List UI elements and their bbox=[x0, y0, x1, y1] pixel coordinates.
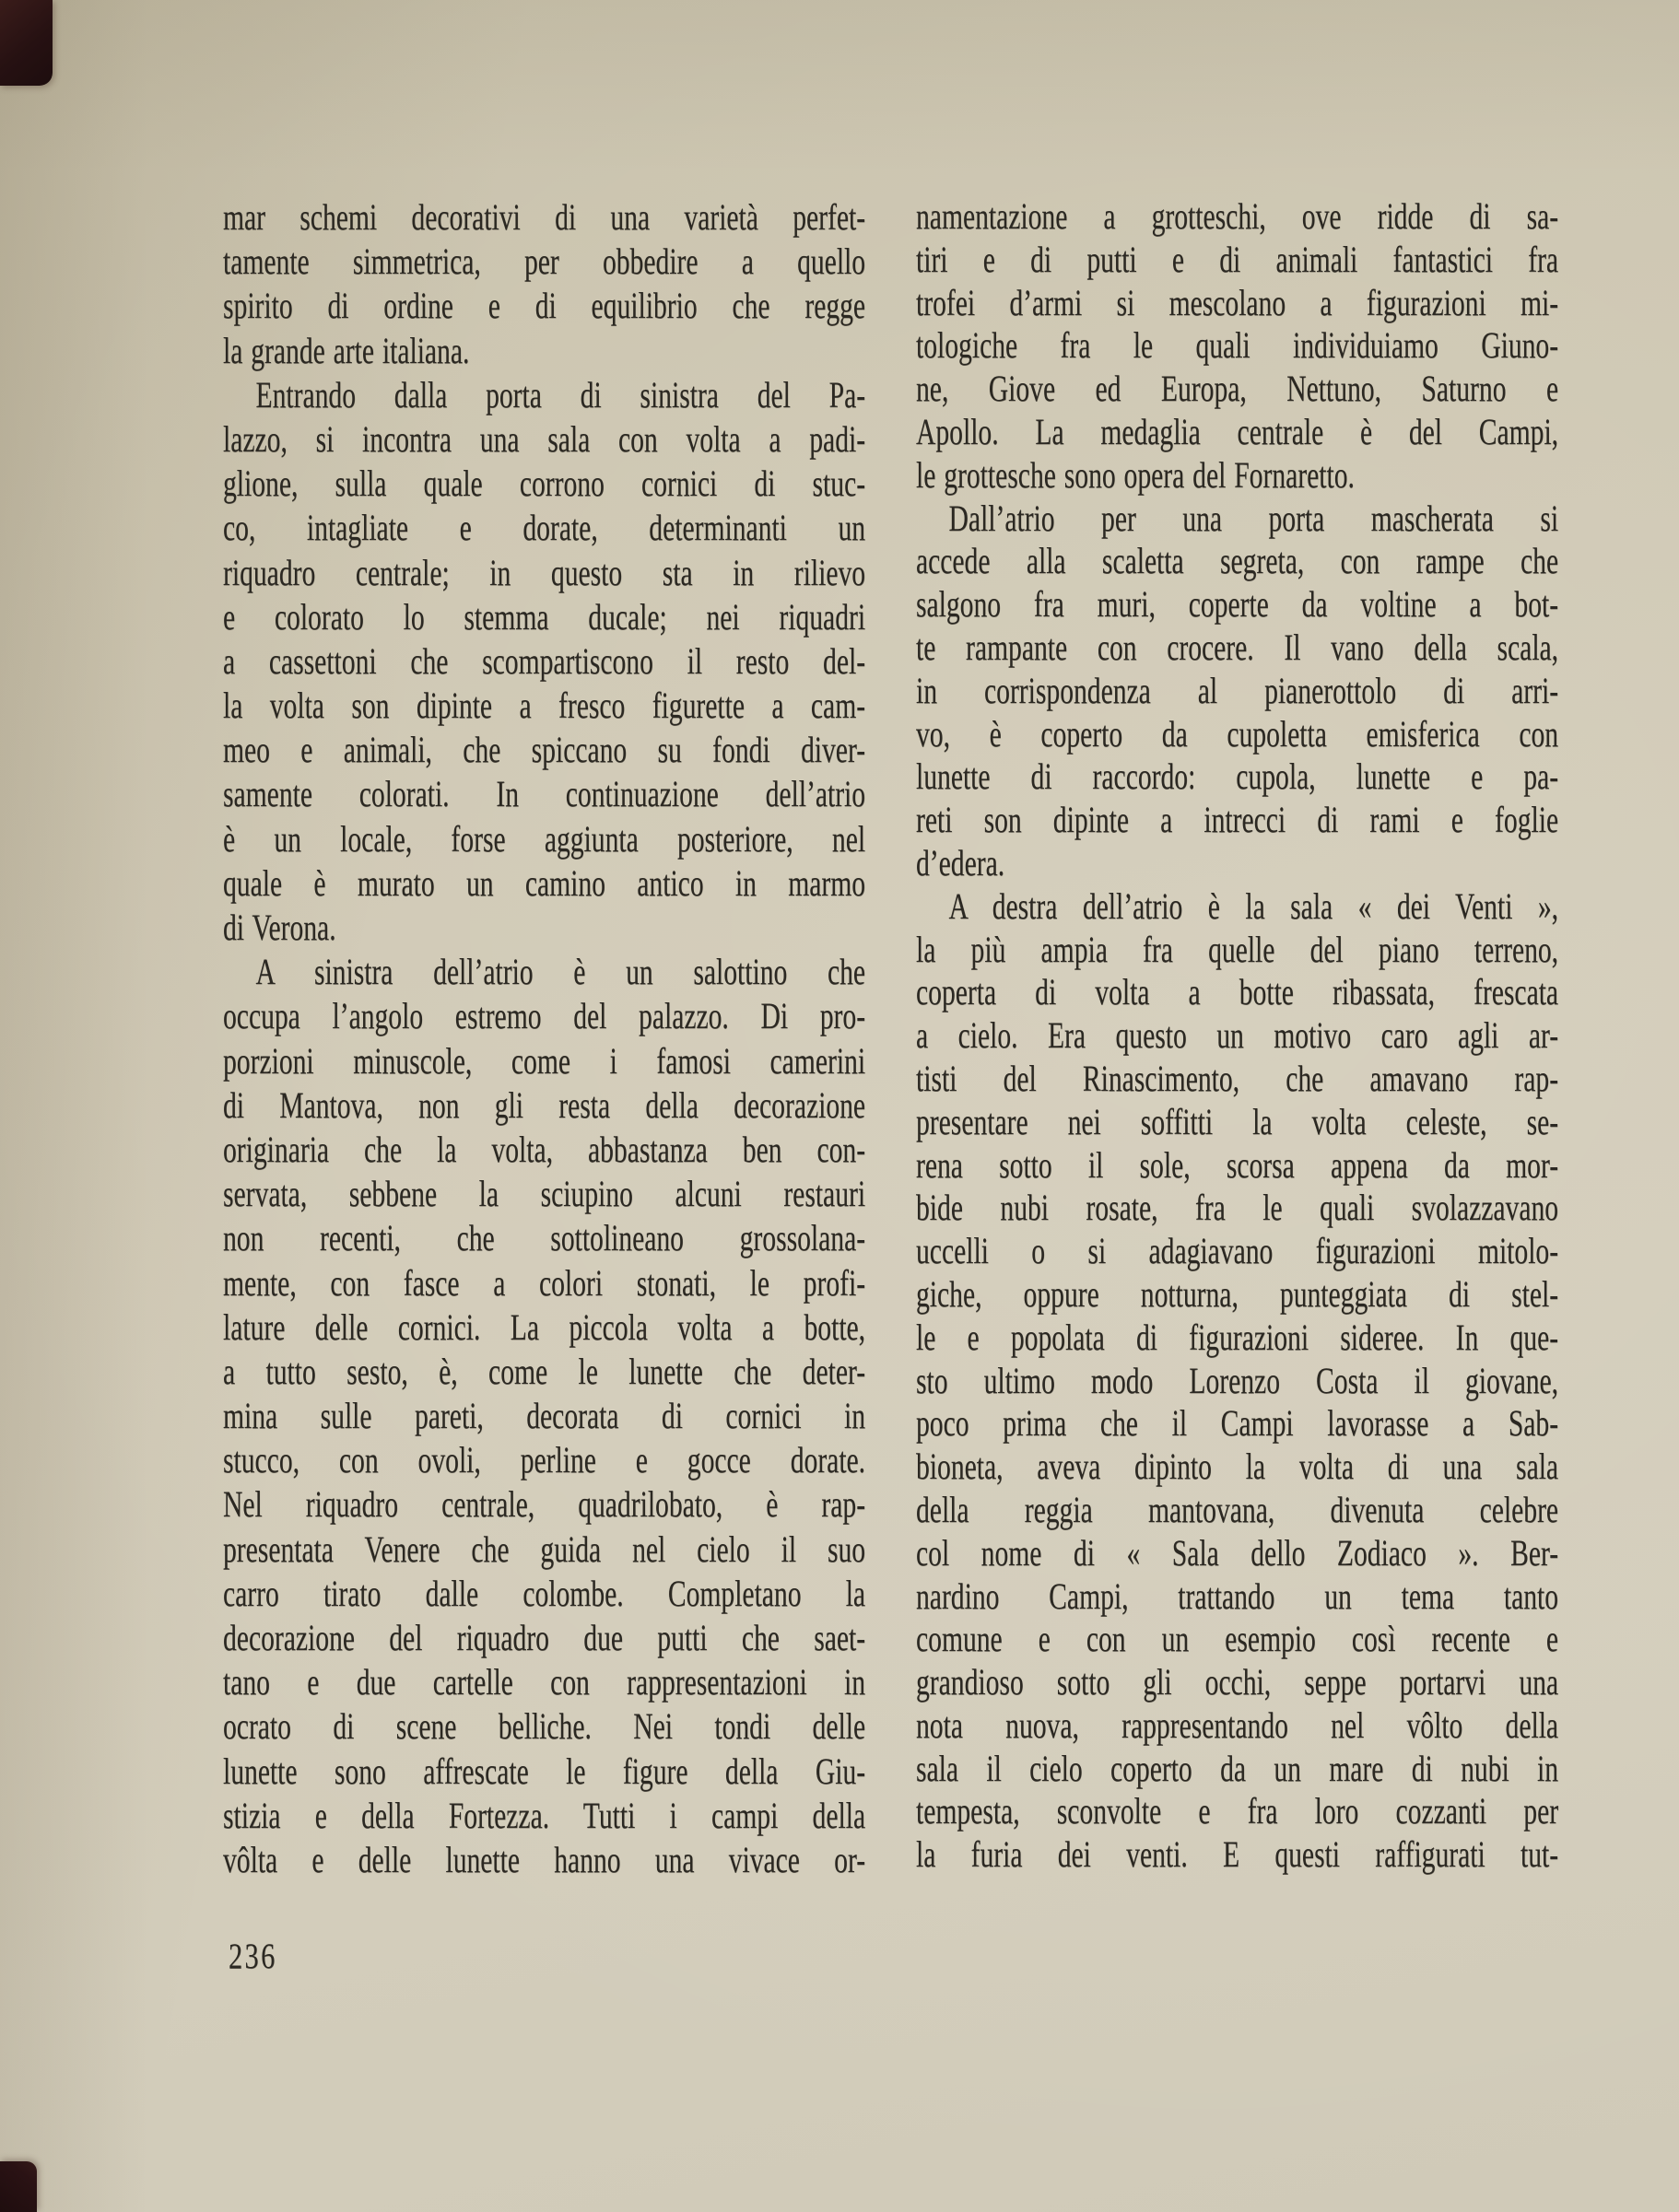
text-line: carro tirato dalle colombe. Completano l… bbox=[223, 1572, 865, 1616]
text-line: presentare nei soffitti la volta celeste… bbox=[916, 1101, 1558, 1144]
text-line: mente, con fasce a colori stonati, le pr… bbox=[223, 1261, 865, 1305]
text-line: mina sulle pareti, decorata di cornici i… bbox=[223, 1394, 865, 1438]
text-line: bide nubi rosate, fra le quali svolazzav… bbox=[916, 1187, 1558, 1230]
text-line: la volta son dipinte a fresco figurette … bbox=[223, 684, 865, 728]
left-text-column: mar schemi decorativi di una varietà per… bbox=[223, 195, 865, 1882]
text-line: reti son dipinte a intrecci di rami e fo… bbox=[916, 799, 1558, 842]
text-line: tisti del Rinascimento, che amavano rap- bbox=[916, 1058, 1558, 1101]
text-line: bioneta, aveva dipinto la volta di una s… bbox=[916, 1445, 1558, 1489]
text-line: namentazione a grotteschi, ove ridde di … bbox=[916, 195, 1558, 239]
text-line: glione, sulla quale corrono cornici di s… bbox=[223, 462, 865, 506]
text-line: coperta di volta a botte ribassata, fres… bbox=[916, 971, 1558, 1014]
text-line: la grande arte italiana. bbox=[223, 329, 865, 373]
text-line: salgono fra muri, coperte da voltine a b… bbox=[916, 583, 1558, 626]
text-line: a tutto sesto, è, come le lunette che de… bbox=[223, 1350, 865, 1394]
text-line: nardino Campi, trattando un tema tanto bbox=[916, 1575, 1558, 1619]
text-line: stucco, con ovoli, perline e gocce dorat… bbox=[223, 1438, 865, 1482]
text-line: a cassettoni che scompartiscono il resto… bbox=[223, 639, 865, 684]
text-line: quale è murato un camino antico in marmo bbox=[223, 861, 865, 906]
text-line: comune e con un esempio così recente e bbox=[916, 1618, 1558, 1661]
text-line: rena sotto il sole, scorsa appena da mor… bbox=[916, 1144, 1558, 1188]
text-line: Dall’atrio per una porta mascherata si bbox=[916, 497, 1558, 541]
text-line: sala il cielo coperto da un mare di nubi… bbox=[916, 1748, 1558, 1791]
scan-mark-bottom-left bbox=[0, 2161, 37, 2212]
text-line: spirito di ordine e di equilibrio che re… bbox=[223, 284, 865, 328]
text-line: occupa l’angolo estremo del palazzo. Di … bbox=[223, 994, 865, 1038]
text-line: tiri e di putti e di animali fantastici … bbox=[916, 239, 1558, 282]
text-line: le e popolata di figurazioni sideree. In… bbox=[916, 1317, 1558, 1360]
scanned-book-page: mar schemi decorativi di una varietà per… bbox=[0, 0, 1679, 2212]
text-line: sto ultimo modo Lorenzo Costa il giovane… bbox=[916, 1360, 1558, 1403]
text-line: la furia dei venti. E questi raffigurati… bbox=[916, 1833, 1558, 1877]
text-line: A sinistra dell’atrio è un salottino che bbox=[223, 950, 865, 994]
text-line: di Mantova, non gli resta della decorazi… bbox=[223, 1083, 865, 1128]
text-line: mar schemi decorativi di una varietà per… bbox=[223, 195, 865, 240]
text-line: A destra dell’atrio è la sala « dei Vent… bbox=[916, 885, 1558, 929]
text-line: poco prima che il Campi lavorasse a Sab- bbox=[916, 1402, 1558, 1445]
text-line: lature delle cornici. La piccola volta a… bbox=[223, 1305, 865, 1350]
page-number: 236 bbox=[229, 1935, 277, 1979]
page-left-shading bbox=[0, 0, 175, 2212]
text-line: Nel riquadro centrale, quadrilobato, è r… bbox=[223, 1482, 865, 1527]
scan-mark-top-left bbox=[0, 0, 53, 86]
text-line: la più ampia fra quelle del piano terren… bbox=[916, 929, 1558, 972]
text-line: vo, è coperto da cupoletta emisferica co… bbox=[916, 713, 1558, 756]
text-line: di Verona. bbox=[223, 906, 865, 950]
text-line: tologiche fra le quali individuiamo Giun… bbox=[916, 324, 1558, 368]
text-line: te rampante con crocere. Il vano della s… bbox=[916, 626, 1558, 670]
text-line: trofei d’armi si mescolano a figurazioni… bbox=[916, 282, 1558, 325]
page-top-shading bbox=[0, 0, 1679, 193]
text-line: tamente simmetrica, per obbedire a quell… bbox=[223, 240, 865, 284]
text-line: a cielo. Era questo un motivo caro agli … bbox=[916, 1014, 1558, 1058]
text-line: stizia e della Fortezza. Tutti i campi d… bbox=[223, 1794, 865, 1838]
text-line: ocrato di scene belliche. Nei tondi dell… bbox=[223, 1704, 865, 1749]
text-line: riquadro centrale; in questo sta in rili… bbox=[223, 551, 865, 595]
text-line: è un locale, forse aggiunta posteriore, … bbox=[223, 817, 865, 861]
text-line: Apollo. La medaglia centrale è del Campi… bbox=[916, 411, 1558, 454]
text-line: nota nuova, rappresentando nel vôlto del… bbox=[916, 1704, 1558, 1748]
text-line: presentata Venere che guida nel cielo il… bbox=[223, 1527, 865, 1572]
text-line: in corrispondenza al pianerottolo di arr… bbox=[916, 670, 1558, 713]
text-line: tempesta, sconvolte e fra loro cozzanti … bbox=[916, 1790, 1558, 1833]
text-line: ne, Giove ed Europa, Nettuno, Saturno e bbox=[916, 368, 1558, 411]
text-line: lunette di raccordo: cupola, lunette e p… bbox=[916, 755, 1558, 799]
text-line: giche, oppure notturna, punteggiata di s… bbox=[916, 1273, 1558, 1317]
text-line: Entrando dalla porta di sinistra del Pa- bbox=[223, 373, 865, 417]
text-line: meo e animali, che spiccano su fondi div… bbox=[223, 728, 865, 772]
right-text-column: namentazione a grotteschi, ove ridde di … bbox=[916, 195, 1558, 1877]
text-line: tano e due cartelle con rappresentazioni… bbox=[223, 1660, 865, 1704]
text-line: non recenti, che sottolineano grossolana… bbox=[223, 1216, 865, 1260]
text-line: grandioso sotto gli occhi, seppe portarv… bbox=[916, 1661, 1558, 1704]
text-line: porzioni minuscole, come i famosi cameri… bbox=[223, 1039, 865, 1083]
text-line: uccelli o si adagiavano figurazioni mito… bbox=[916, 1230, 1558, 1273]
text-line: della reggia mantovana, divenuta celebre bbox=[916, 1489, 1558, 1532]
text-line: vôlta e delle lunette hanno una vivace o… bbox=[223, 1838, 865, 1882]
text-line: originaria che la volta, abbastanza ben … bbox=[223, 1128, 865, 1172]
text-line: lunette sono affrescate le figure della … bbox=[223, 1750, 865, 1794]
text-line: decorazione del riquadro due putti che s… bbox=[223, 1616, 865, 1660]
text-line: d’edera. bbox=[916, 842, 1558, 885]
text-line: co, intagliate e dorate, determinanti un bbox=[223, 506, 865, 550]
text-line: e colorato lo stemma ducale; nei riquadr… bbox=[223, 595, 865, 639]
text-line: le grottesche sono opera del Fornaretto. bbox=[916, 454, 1558, 497]
text-line: lazzo, si incontra una sala con volta a … bbox=[223, 417, 865, 462]
text-line: servata, sebbene la sciupino alcuni rest… bbox=[223, 1172, 865, 1216]
text-line: samente colorati. In continuazione dell’… bbox=[223, 772, 865, 816]
text-line: col nome di « Sala dello Zodiaco ». Ber- bbox=[916, 1532, 1558, 1575]
text-line: accede alla scaletta segreta, con rampe … bbox=[916, 540, 1558, 583]
